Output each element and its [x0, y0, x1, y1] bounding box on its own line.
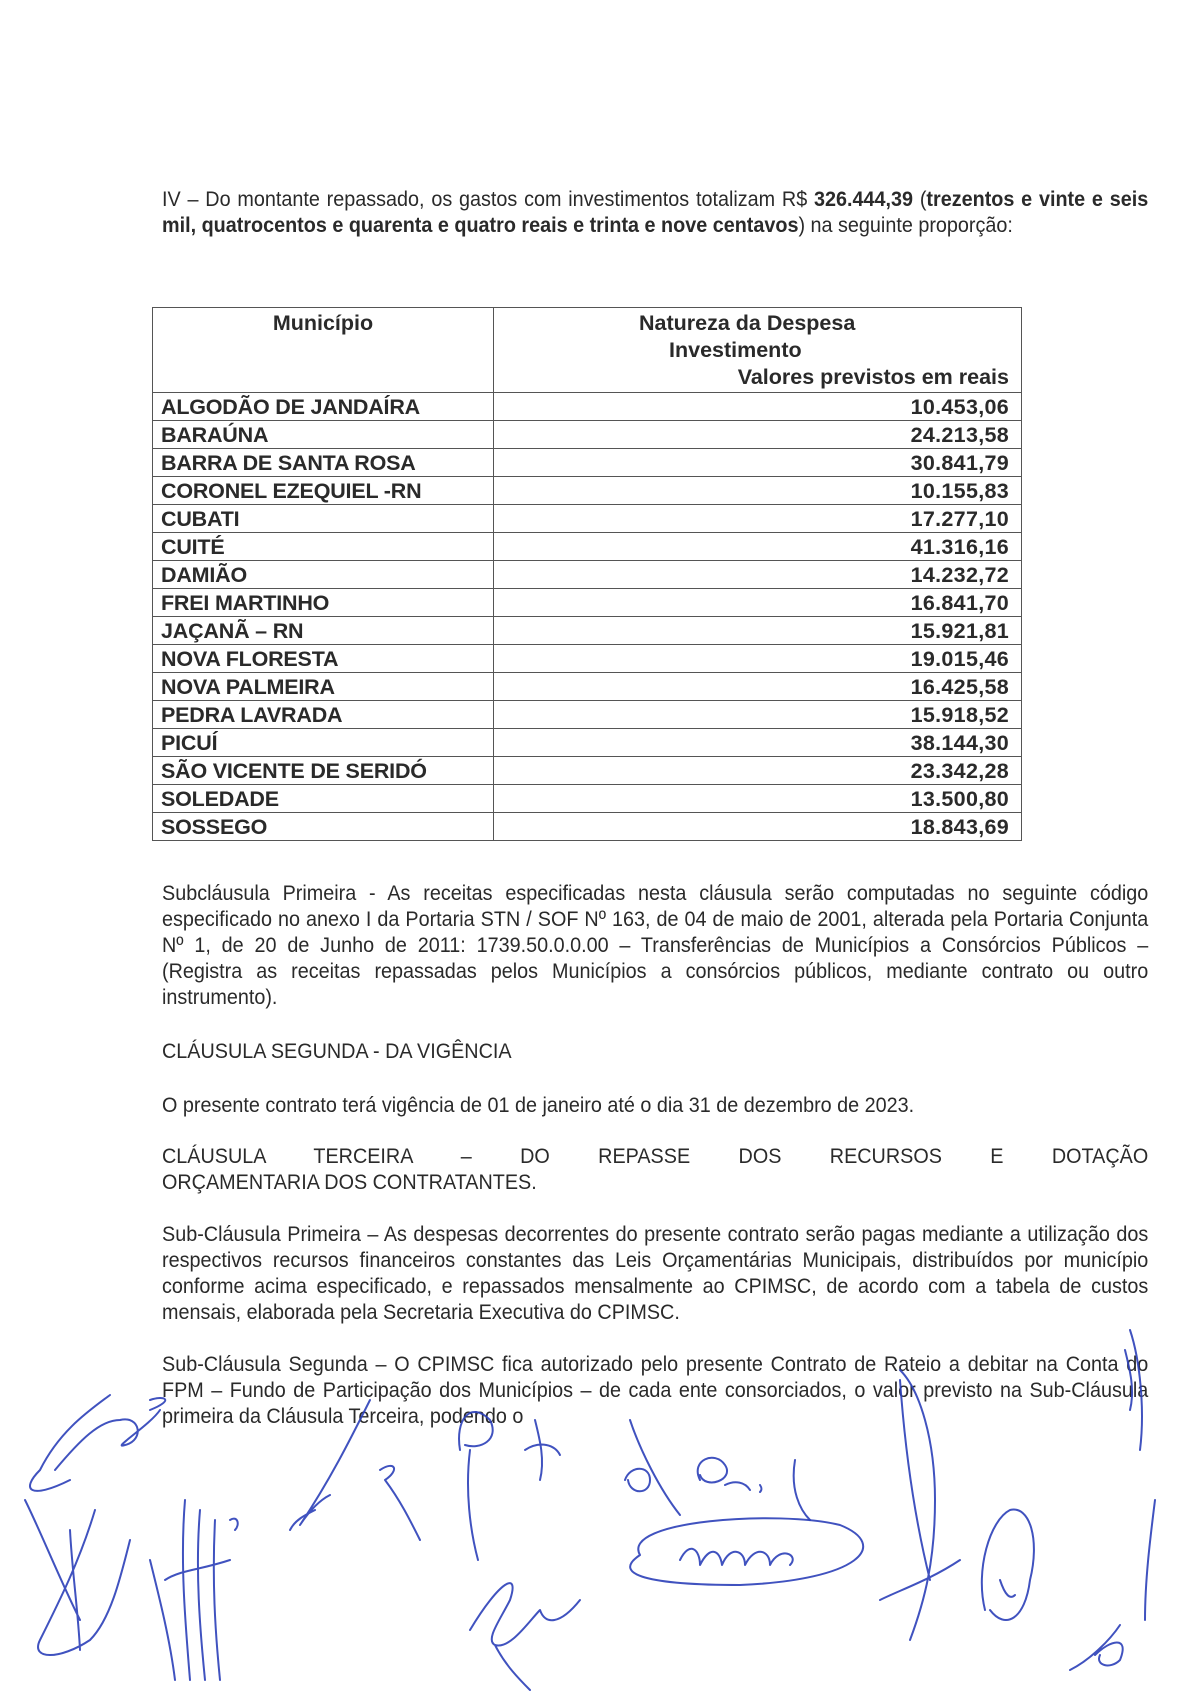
valor-cell: 38.144,30	[494, 729, 1022, 757]
table-row: SOLEDADE13.500,80	[153, 785, 1022, 813]
municipio-cell: CUITÉ	[153, 533, 494, 561]
intro-tail: na seguinte proporção:	[805, 213, 1013, 237]
municipio-cell: DAMIÃO	[153, 561, 494, 589]
valor-cell: 10.155,83	[494, 477, 1022, 505]
table-header-row: Município Natureza da Despesa Investimen…	[153, 308, 1022, 393]
header-natureza-line3: Valores previstos em reais	[494, 364, 1009, 391]
municipio-cell: CUBATI	[153, 505, 494, 533]
intro-lead: IV – Do montante repassado, os gastos co…	[162, 187, 814, 211]
clausula-segunda-title: CLÁUSULA SEGUNDA - DA VIGÊNCIA	[162, 1038, 1148, 1064]
table-body: ALGODÃO DE JANDAÍRA10.453,06BARAÚNA24.21…	[153, 393, 1022, 841]
table-row: DAMIÃO14.232,72	[153, 561, 1022, 589]
amount-words-close: )	[798, 213, 805, 237]
valor-cell: 30.841,79	[494, 449, 1022, 477]
municipio-cell: CORONEL EZEQUIEL -RN	[153, 477, 494, 505]
municipio-cell: NOVA FLORESTA	[153, 645, 494, 673]
valor-cell: 16.425,58	[494, 673, 1022, 701]
table-row: CUITÉ41.316,16	[153, 533, 1022, 561]
signature-center-3	[625, 1420, 810, 1520]
signature-left-bottom-1	[25, 1500, 130, 1655]
table-row: SÃO VICENTE DE SERIDÓ23.342,28	[153, 757, 1022, 785]
valor-cell: 17.277,10	[494, 505, 1022, 533]
header-municipio: Município	[153, 308, 494, 393]
valor-cell: 10.453,06	[494, 393, 1022, 421]
signature-center-2	[459, 1412, 560, 1560]
municipio-cell: BARRA DE SANTA ROSA	[153, 449, 494, 477]
municipio-cell: PICUÍ	[153, 729, 494, 757]
clausula-terceira-title: CLÁUSULA TERCEIRA – DO REPASSE DOS RECUR…	[162, 1143, 1148, 1195]
table-row: BARRA DE SANTA ROSA30.841,79	[153, 449, 1022, 477]
header-natureza-line1: Natureza da Despesa	[494, 310, 1009, 337]
subclausula-primeira-receitas: Subcláusula Primeira - As receitas espec…	[162, 880, 1148, 1010]
municipio-cell: JAÇANÃ – RN	[153, 617, 494, 645]
municipio-cell: ALGODÃO DE JANDAÍRA	[153, 393, 494, 421]
sub-clausula-segunda: Sub-Cláusula Segunda – O CPIMSC fica aut…	[162, 1351, 1148, 1429]
valor-cell: 18.843,69	[494, 813, 1022, 841]
sub-clausula-primeira: Sub-Cláusula Primeira – As despesas deco…	[162, 1221, 1148, 1325]
table-row: CORONEL EZEQUIEL -RN10.155,83	[153, 477, 1022, 505]
municipio-cell: SOSSEGO	[153, 813, 494, 841]
municipio-cell: FREI MARTINHO	[153, 589, 494, 617]
document-page: IV – Do montante repassado, os gastos co…	[0, 0, 1200, 1695]
investment-total-paragraph: IV – Do montante repassado, os gastos co…	[162, 186, 1148, 238]
valor-cell: 15.918,52	[494, 701, 1022, 729]
table-row: CUBATI17.277,10	[153, 505, 1022, 533]
municipio-cell: NOVA PALMEIRA	[153, 673, 494, 701]
clausula-segunda-text: O presente contrato terá vigência de 01 …	[162, 1092, 1148, 1118]
header-natureza: Natureza da Despesa Investimento Valores…	[494, 308, 1022, 393]
municipio-cell: SOLEDADE	[153, 785, 494, 813]
investment-table: Município Natureza da Despesa Investimen…	[152, 307, 1022, 841]
signature-left-bottom-2	[150, 1500, 238, 1680]
table-row: PEDRA LAVRADA15.918,52	[153, 701, 1022, 729]
handwritten-signatures	[0, 0, 1200, 1695]
valor-cell: 16.841,70	[494, 589, 1022, 617]
valor-cell: 41.316,16	[494, 533, 1022, 561]
clausula-terceira-title-line2: ORÇAMENTARIA DOS CONTRATANTES.	[162, 1170, 537, 1194]
municipio-cell: BARAÚNA	[153, 421, 494, 449]
valor-cell: 15.921,81	[494, 617, 1022, 645]
table-row: BARAÚNA24.213,58	[153, 421, 1022, 449]
clausula-terceira-title-line1: CLÁUSULA TERCEIRA – DO REPASSE DOS RECUR…	[162, 1143, 1148, 1169]
table-row: SOSSEGO18.843,69	[153, 813, 1022, 841]
valor-cell: 14.232,72	[494, 561, 1022, 589]
total-amount: 326.444,39	[814, 187, 913, 211]
header-natureza-line2: Investimento	[494, 337, 1009, 364]
table-row: ALGODÃO DE JANDAÍRA10.453,06	[153, 393, 1022, 421]
municipio-cell: PEDRA LAVRADA	[153, 701, 494, 729]
table-row: NOVA FLORESTA19.015,46	[153, 645, 1022, 673]
signature-center-4	[470, 1583, 580, 1690]
table-row: FREI MARTINHO16.841,70	[153, 589, 1022, 617]
table-row: PICUÍ38.144,30	[153, 729, 1022, 757]
valor-cell: 24.213,58	[494, 421, 1022, 449]
valor-cell: 19.015,46	[494, 645, 1022, 673]
signature-center-oval	[630, 1518, 863, 1585]
valor-cell: 23.342,28	[494, 757, 1022, 785]
table-row: JAÇANÃ – RN15.921,81	[153, 617, 1022, 645]
signature-left-top	[30, 1395, 165, 1491]
valor-cell: 13.500,80	[494, 785, 1022, 813]
table-row: NOVA PALMEIRA16.425,58	[153, 673, 1022, 701]
municipio-cell: SÃO VICENTE DE SERIDÓ	[153, 757, 494, 785]
